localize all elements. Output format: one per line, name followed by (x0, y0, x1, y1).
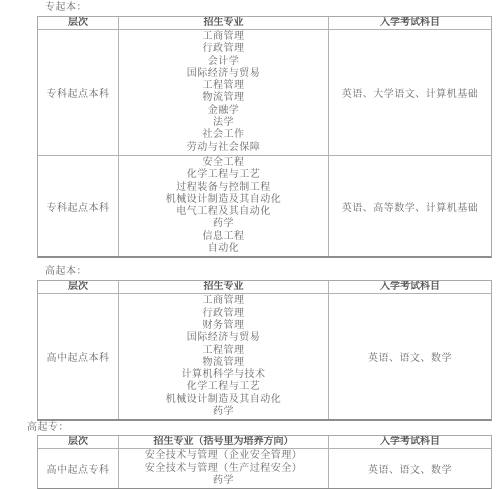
table-group-row: 高中起点专科安全技术与管理（企业安全管理）安全技术与管理（生产过程安全）药学英语… (38, 449, 491, 488)
major-item: 财务管理 (119, 320, 328, 332)
major-item: 行政管理 (119, 43, 328, 55)
section-label: 专起本： (45, 2, 499, 14)
major-item: 工程管理 (119, 345, 328, 357)
header-cell-exam: 入学考试科目 (329, 281, 491, 293)
section-label: 高起专： (27, 422, 499, 433)
level-cell: 高中起点专科 (38, 449, 119, 488)
table-header-row: 层次 招生专业 入学考试科目 (38, 17, 491, 30)
header-cell-level: 层次 (38, 436, 119, 448)
major-item: 安全技术与管理（生产过程安全） (119, 463, 328, 475)
section-gaoqiben: 高起本： 层次 招生专业 入学考试科目 高中起点本科工商管理行政管理财务管理国际… (0, 266, 499, 421)
table-body: 高中起点本科工商管理行政管理财务管理国际经济与贸易工程管理物流管理计算机科学与技… (38, 294, 491, 419)
major-item: 药学 (119, 475, 328, 487)
level-cell: 专科起点本科 (38, 30, 119, 155)
major-item: 金融学 (119, 105, 328, 117)
major-item: 工商管理 (119, 295, 328, 307)
major-item: 物流管理 (119, 357, 328, 369)
major-item: 机械设计制造及其自动化 (119, 194, 328, 206)
major-item: 化学工程与工艺 (119, 169, 328, 181)
table-group-row: 专科起点本科安全工程化学工程与工艺过程装备与控制工程机械设计制造及其自动化电气工… (38, 155, 491, 256)
admissions-table: 层次 招生专业 入学考试科目 高中起点本科工商管理行政管理财务管理国际经济与贸易… (37, 280, 492, 421)
table-group-row: 高中起点本科工商管理行政管理财务管理国际经济与贸易工程管理物流管理计算机科学与技… (38, 294, 491, 419)
table-body: 专科起点本科工商管理行政管理会计学国际经济与贸易工程管理物流管理金融学法学社会工… (38, 30, 491, 256)
majors-cell: 安全技术与管理（企业安全管理）安全技术与管理（生产过程安全）药学 (119, 449, 329, 488)
exam-subjects-cell: 英语、语文、数学 (329, 449, 491, 488)
header-cell-level: 层次 (38, 17, 119, 29)
level-cell: 高中起点本科 (38, 294, 119, 419)
major-item: 社会工作 (119, 129, 328, 141)
header-cell-exam: 入学考试科目 (329, 436, 491, 448)
header-cell-majors: 招生专业 (119, 281, 329, 293)
major-item: 行政管理 (119, 308, 328, 320)
major-item: 信息工程 (119, 231, 328, 243)
section-label: 高起本： (45, 266, 499, 278)
table-body: 高中起点专科安全技术与管理（企业安全管理）安全技术与管理（生产过程安全）药学英语… (38, 449, 491, 488)
major-item: 工程管理 (119, 80, 328, 92)
major-item: 安全工程 (119, 157, 328, 169)
major-item: 机械设计制造及其自动化 (119, 394, 328, 406)
exam-subjects-cell: 英语、大学语文、计算机基础 (329, 30, 491, 155)
majors-cell: 工商管理行政管理会计学国际经济与贸易工程管理物流管理金融学法学社会工作劳动与社会… (119, 30, 329, 155)
major-item: 国际经济与贸易 (119, 68, 328, 80)
table-header-row: 层次 招生专业（括号里为培养方向） 入学考试科目 (38, 436, 491, 449)
major-item: 过程装备与控制工程 (119, 182, 328, 194)
major-item: 国际经济与贸易 (119, 332, 328, 344)
major-item: 法学 (119, 117, 328, 129)
header-cell-level: 层次 (38, 281, 119, 293)
major-item: 药学 (119, 218, 328, 230)
major-item: 自动化 (119, 243, 328, 255)
major-item: 物流管理 (119, 92, 328, 104)
table-header-row: 层次 招生专业 入学考试科目 (38, 281, 491, 294)
majors-cell: 工商管理行政管理财务管理国际经济与贸易工程管理物流管理计算机科学与技术化学工程与… (119, 294, 329, 419)
header-cell-exam: 入学考试科目 (329, 17, 491, 29)
major-item: 化学工程与工艺 (119, 381, 328, 393)
major-item: 计算机科学与技术 (119, 369, 328, 381)
major-item: 电气工程及其自动化 (119, 206, 328, 218)
section-gaoqizhuan: 高起专： 层次 招生专业（括号里为培养方向） 入学考试科目 高中起点专科安全技术… (0, 422, 499, 489)
majors-cell: 安全工程化学工程与工艺过程装备与控制工程机械设计制造及其自动化电气工程及其自动化… (119, 156, 329, 256)
major-item: 安全技术与管理（企业安全管理） (119, 450, 328, 462)
section-zhuanqiben: 专起本： 层次 招生专业 入学考试科目 专科起点本科工商管理行政管理会计学国际经… (0, 2, 499, 258)
header-cell-majors: 招生专业 (119, 17, 329, 29)
admissions-table: 层次 招生专业 入学考试科目 专科起点本科工商管理行政管理会计学国际经济与贸易工… (37, 16, 492, 258)
admissions-table: 层次 招生专业（括号里为培养方向） 入学考试科目 高中起点专科安全技术与管理（企… (37, 435, 492, 489)
header-cell-majors: 招生专业（括号里为培养方向） (119, 436, 329, 448)
major-item: 会计学 (119, 56, 328, 68)
major-item: 劳动与社会保障 (119, 142, 328, 154)
exam-subjects-cell: 英语、高等数学、计算机基础 (329, 156, 491, 256)
major-item: 工商管理 (119, 31, 328, 43)
enrollment-tables-page: 专起本： 层次 招生专业 入学考试科目 专科起点本科工商管理行政管理会计学国际经… (0, 0, 499, 489)
exam-subjects-cell: 英语、语文、数学 (329, 294, 491, 419)
major-item: 药学 (119, 406, 328, 418)
level-cell: 专科起点本科 (38, 156, 119, 256)
table-group-row: 专科起点本科工商管理行政管理会计学国际经济与贸易工程管理物流管理金融学法学社会工… (38, 30, 491, 155)
